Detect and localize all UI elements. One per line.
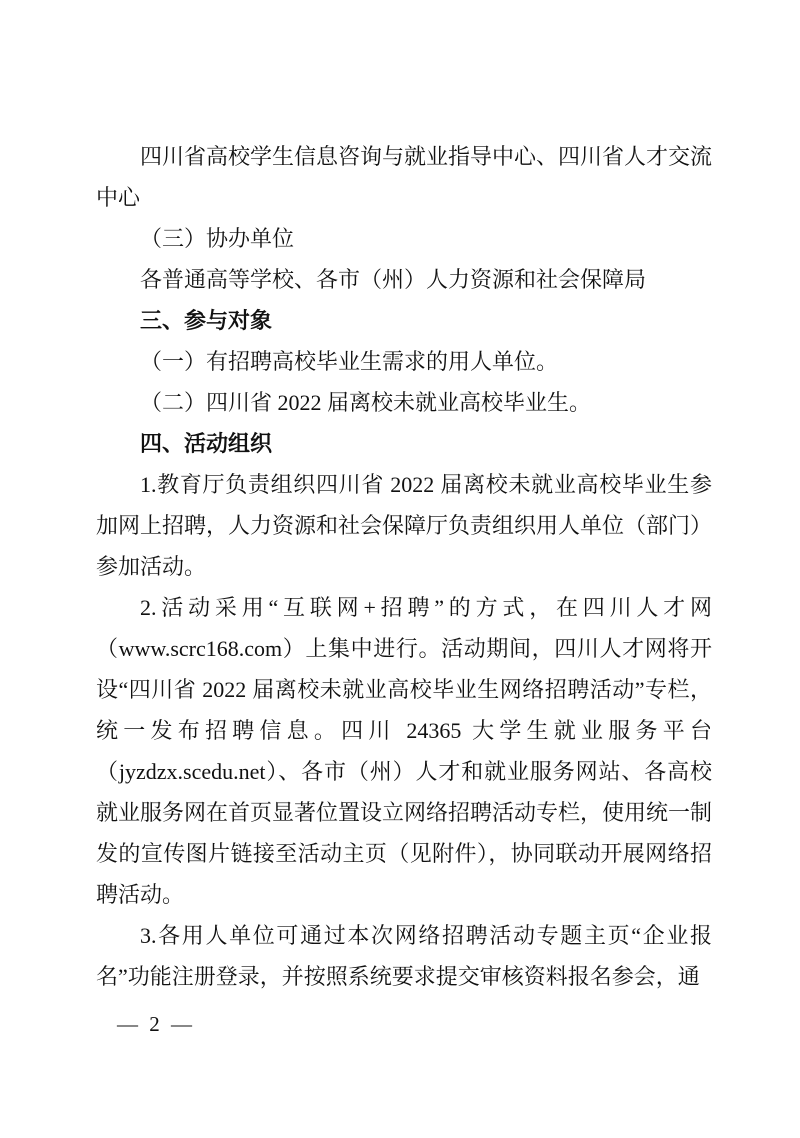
document-text-block: 四川省高校学生信息咨询与就业指导中心、四川省人才交流中心 （三）协办单位 各普通…: [96, 136, 712, 997]
page-number: — 2 —: [117, 1012, 195, 1037]
paragraph-co-organizer-label: （三）协办单位: [96, 218, 712, 259]
paragraph-organizer-units-continued: 四川省高校学生信息咨询与就业指导中心、四川省人才交流中心: [96, 136, 712, 218]
paragraph-organization-item-2: 2.活动采用“互联网+招聘”的方式，在四川人才网（www.scrc168.com…: [96, 587, 712, 915]
document-page: 四川省高校学生信息咨询与就业指导中心、四川省人才交流中心 （三）协办单位 各普通…: [0, 0, 800, 1138]
paragraph-participants-item-1: （一）有招聘高校毕业生需求的用人单位。: [96, 341, 712, 382]
heading-section-4-organization: 四、活动组织: [96, 423, 712, 464]
paragraph-organization-item-1: 1.教育厅负责组织四川省 2022 届离校未就业高校毕业生参加网上招聘，人力资源…: [96, 464, 712, 587]
paragraph-organization-item-3: 3.各用人单位可通过本次网络招聘活动专题主页“企业报名”功能注册登录，并按照系统…: [96, 915, 712, 997]
heading-section-3-participants: 三、参与对象: [96, 300, 712, 341]
paragraph-participants-item-2: （二）四川省 2022 届离校未就业高校毕业生。: [96, 382, 712, 423]
paragraph-co-organizer-units: 各普通高等学校、各市（州）人力资源和社会保障局: [96, 259, 712, 300]
